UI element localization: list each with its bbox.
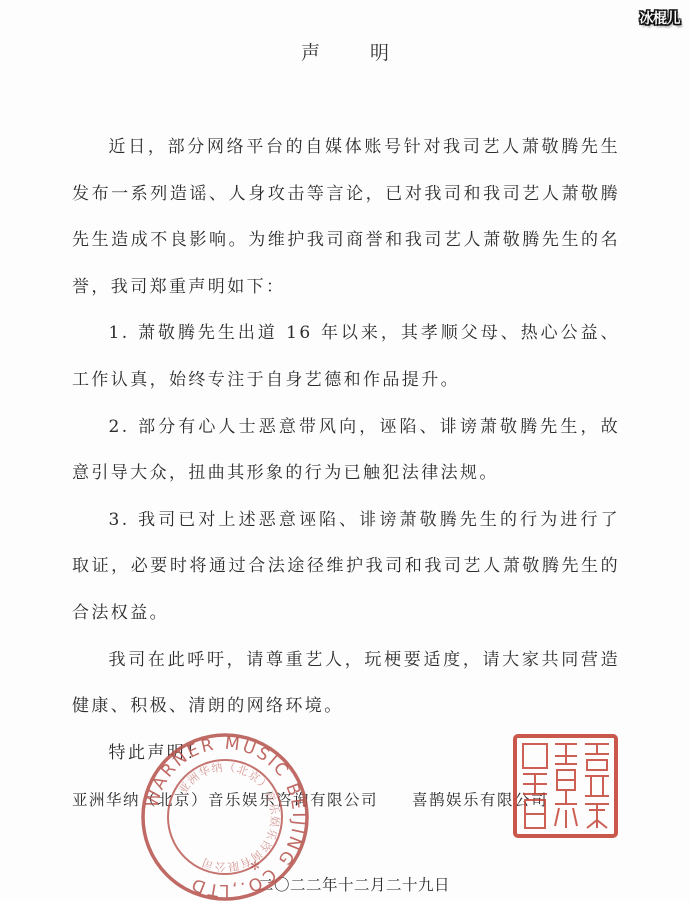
document-page: 冰棍儿 声 明 近日，部分网络平台的自媒体账号针对我司艺人萧敬腾先生发布一系列造… <box>0 0 690 901</box>
watermark: 冰棍儿 <box>640 8 681 28</box>
square-company-seal <box>513 734 618 838</box>
seal-star-icon: ✻ <box>250 859 260 873</box>
document-title: 声 明 <box>0 38 690 65</box>
paragraph-intro: 近日，部分网络平台的自媒体账号针对我司艺人萧敬腾先生发布一系列造谣、人身攻击等言… <box>72 124 620 310</box>
round-company-seal: WARNER MUSIC BEIJING CO.,LTD 亚洲华纳（北京）音乐娱… <box>140 732 310 901</box>
paragraph-point-1: 1. 萧敬腾先生出道 16 年以来，其孝顺父母、热心公益、工作认真，始终专注于自… <box>72 310 620 403</box>
document-body: 近日，部分网络平台的自媒体账号针对我司艺人萧敬腾先生发布一系列造谣、人身攻击等言… <box>72 124 620 776</box>
paragraph-point-2: 2. 部分有心人士恶意带风向，诬陷、诽谤萧敬腾先生，故意引导大众，扭曲其形象的行… <box>72 404 620 497</box>
paragraph-point-3: 3. 我司已对上述恶意诬陷、诽谤萧敬腾先生的行为进行了取证，必要时将通过合法途径… <box>72 497 620 637</box>
paragraph-appeal: 我司在此呼吁，请尊重艺人，玩梗要适度，请大家共同营造健康、积极、清朗的网络环境。 <box>72 637 620 730</box>
